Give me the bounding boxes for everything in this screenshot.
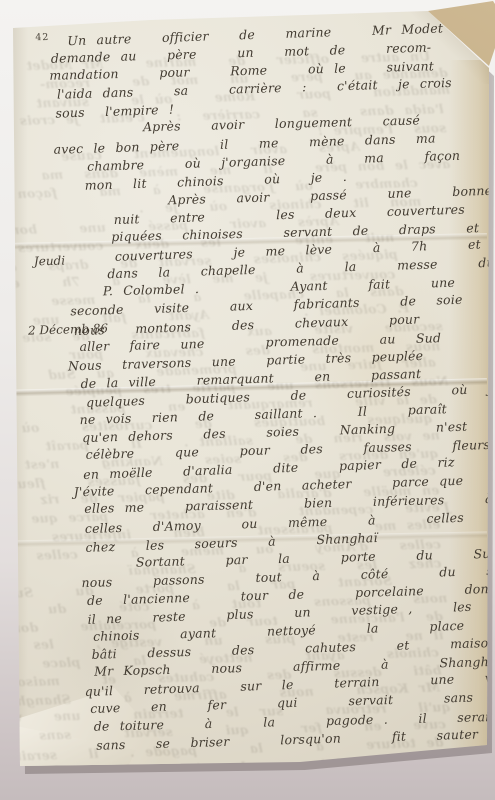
margin-note-day: Jeudi bbox=[34, 248, 107, 273]
page-number: 42 bbox=[35, 32, 49, 43]
letter-page: Un autre officier de marine Mr Modetdema… bbox=[0, 0, 495, 800]
margin-date-note: Jeudi 2 Décemb 86 bbox=[24, 202, 110, 388]
letter-photo: Un autre officier de marine Mr Modetdema… bbox=[0, 0, 495, 800]
letter-body: Un autre officier de marine Mr Modetdema… bbox=[45, 15, 495, 755]
handwritten-content: 42 Jeudi 2 Décemb 86 Un autre officier d… bbox=[45, 15, 495, 755]
